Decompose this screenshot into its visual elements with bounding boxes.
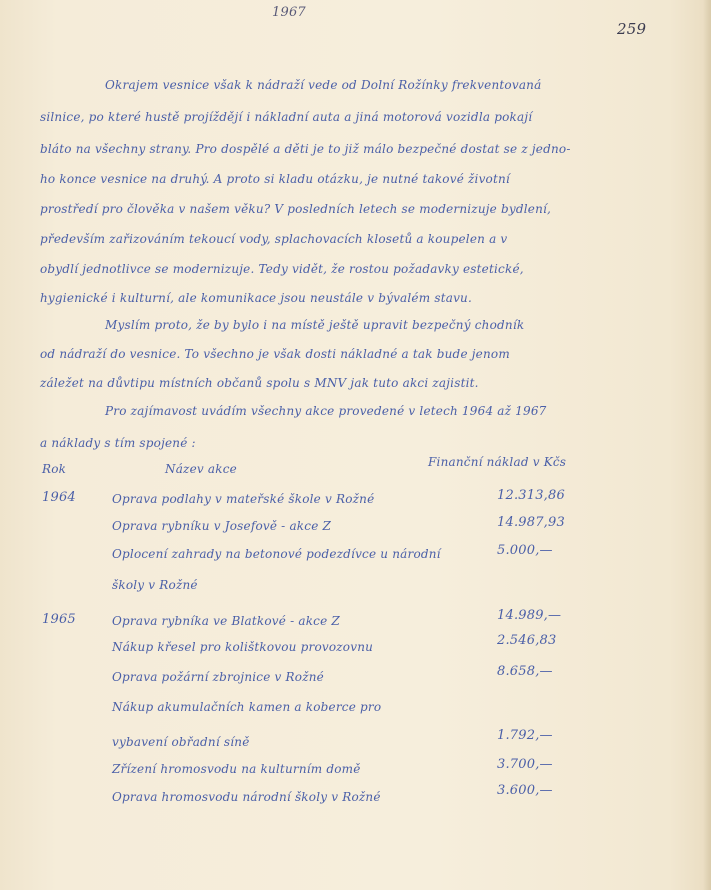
- row-name: Oprava požární zbrojnice v Rožné: [112, 670, 324, 684]
- row-cost: 3.700,—: [497, 757, 553, 772]
- text-line: Pro zajímavost uvádím všechny akce prove…: [105, 404, 547, 418]
- text-line: bláto na všechny strany. Pro dospělé a d…: [40, 142, 571, 156]
- row-name: Oprava podlahy v mateřské škole v Rožné: [112, 492, 374, 506]
- row-name: Oprava hromosvodu národní školy v Rožné: [112, 790, 381, 804]
- text-line: Myslím proto, že by bylo i na místě ješt…: [105, 318, 524, 332]
- text-line: od nádraží do vesnice. To všechno je vša…: [40, 347, 510, 361]
- page-number: 259: [617, 20, 646, 38]
- row-name: školy v Rožné: [112, 578, 198, 592]
- row-cost: 14.987,93: [497, 515, 565, 530]
- row-cost: 8.658,—: [497, 664, 553, 679]
- row-name: Nákup akumulačních kamen a koberce pro: [112, 700, 381, 714]
- row-cost: 3.600,—: [497, 783, 553, 798]
- row-name: vybavení obřadní síně: [112, 735, 250, 749]
- column-header-name: Název akce: [165, 462, 237, 476]
- column-header-cost: Finanční náklad v Kčs: [428, 455, 566, 469]
- row-name: Nákup křesel pro kolištkovou provozovnu: [112, 640, 373, 654]
- text-line: především zařizováním tekoucí vody, spla…: [40, 232, 507, 246]
- text-line: obydlí jednotlivce se modernizuje. Tedy …: [40, 262, 524, 276]
- row-year: 1965: [42, 612, 76, 627]
- row-name: Oprava rybníka ve Blatkové - akce Z: [112, 614, 340, 628]
- row-year: 1964: [42, 490, 76, 505]
- text-line: záležet na důvtipu místních občanů spolu…: [40, 376, 479, 390]
- text-line: Okrajem vesnice však k nádraží vede od D…: [105, 78, 541, 92]
- row-name: Oplocení zahrady na betonové podezdívce …: [112, 547, 441, 561]
- row-cost: 2.546,83: [497, 633, 557, 648]
- row-name: Zřízení hromosvodu na kulturním domě: [112, 762, 361, 776]
- text-line: prostředí pro člověka v našem věku? V po…: [40, 202, 551, 216]
- text-line: ho konce vesnice na druhý. A proto si kl…: [40, 172, 510, 186]
- text-line: hygienické i kulturní, ale komunikace js…: [40, 291, 472, 305]
- row-cost: 1.792,—: [497, 728, 553, 743]
- row-cost: 14.989,—: [497, 608, 561, 623]
- column-header-year: Rok: [42, 462, 66, 476]
- row-cost: 12.313,86: [497, 488, 565, 503]
- text-line: silnice, po které hustě projíždějí i nák…: [40, 110, 532, 124]
- row-name: Oprava rybníku v Josefově - akce Z: [112, 519, 331, 533]
- text-line: a náklady s tím spojené :: [40, 436, 196, 450]
- year-header: 1967: [272, 5, 306, 20]
- row-cost: 5.000,—: [497, 543, 553, 558]
- chronicle-page: 1967 259 Okrajem vesnice však k nádraží …: [0, 0, 711, 890]
